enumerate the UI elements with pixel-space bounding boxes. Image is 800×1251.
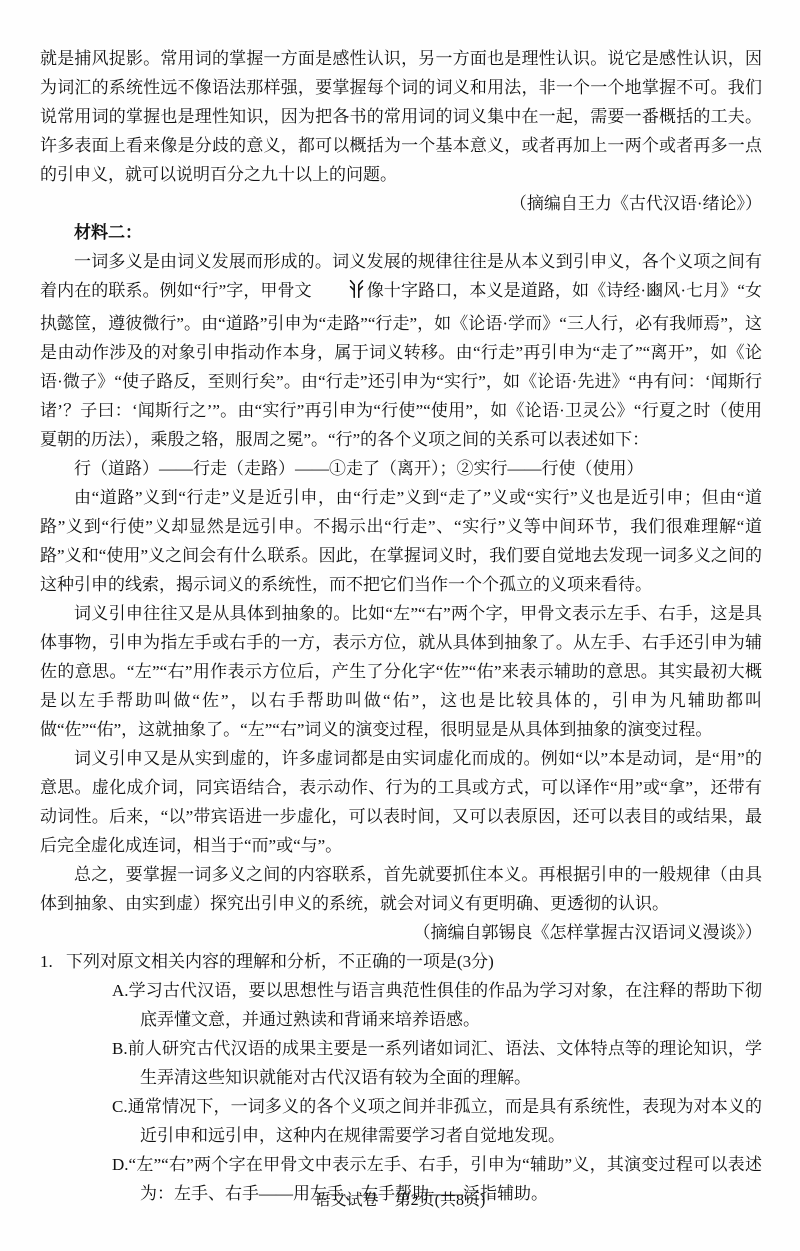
question-1-stem: 1.下列对原文相关内容的理解和分析，不正确的一项是(3分) bbox=[40, 947, 762, 976]
passage-paragraph-concrete-abstract: 词义引申往往又是从具体到抽象的。比如“左”“右”两个字，甲骨文表示左手、右手，这… bbox=[40, 599, 762, 744]
option-b-text: 前人研究古代汉语的成果主要是一系列诸如词汇、语法、文体特点等的理论知识，学生弄清… bbox=[128, 1039, 762, 1087]
option-b-label: B. bbox=[112, 1039, 128, 1058]
question-1-option-a: A.学习古代汉语，要以思想性与语言典范性俱佳的作品为学习对象，在注释的帮助下彻底… bbox=[40, 976, 762, 1034]
passage-paragraph-summary: 总之，要掌握一词多义之间的内容联系，首先就要抓住本义。再根据引申的一般规律（由具… bbox=[40, 860, 762, 918]
option-a-text: 学习古代汉语，要以思想性与语言典范性俱佳的作品为学习对象，在注释的帮助下彻底弄懂… bbox=[129, 981, 762, 1029]
question-1-option-c: C.通常情况下，一词多义的各个义项之间并非孤立，而是具有系统性，表现为对本义的近… bbox=[40, 1092, 762, 1150]
option-c-label: C. bbox=[112, 1097, 128, 1116]
page-footer: 语文试卷 第2页(共8页) bbox=[0, 1186, 800, 1215]
exam-paper-page: 就是捕风捉影。常用词的掌握一方面是感性认识，另一方面也是理性认识。说它是感性认识… bbox=[0, 0, 800, 1251]
question-1-number: 1. bbox=[40, 947, 66, 976]
option-d-label: D. bbox=[112, 1155, 129, 1174]
passage-paragraph-polysemy: 一词多义是由词义发展而形成的。词义发展的规律往往是从本义到引申义，各个义项之间有… bbox=[40, 247, 762, 454]
option-c-text: 通常情况下，一词多义的各个义项之间并非孤立，而是具有系统性，表现为对本义的近引申… bbox=[128, 1097, 762, 1145]
passage-paragraph-near-far-extension: 由“道路”义到“行走”义是近引申，由“行走”义到“走了”义或“实行”义也是近引申… bbox=[40, 483, 762, 599]
option-a-label: A. bbox=[112, 981, 129, 1000]
source-attribution-wangli: （摘编自王力《古代汉语·绪论》） bbox=[40, 189, 762, 218]
passage-paragraph-full-empty: 词义引申又是从实到虚的，许多虚词都是由实词虚化而成的。例如“以”本是动词，是“用… bbox=[40, 744, 762, 860]
passage-paragraph-continuation: 就是捕风捉影。常用词的掌握一方面是感性认识，另一方面也是理性认识。说它是感性认识… bbox=[40, 44, 762, 189]
source-attribution-guoxiliang: （摘编自郭锡良《怎样掌握古汉语词义漫谈》） bbox=[40, 918, 762, 947]
material-two-heading: 材料二： bbox=[40, 218, 762, 247]
oracle-bone-xing-icon bbox=[315, 278, 364, 309]
para2-text-after-glyph: 像十字路口，本义是道路，如《诗经·豳风·七月》“女执懿筐，遵彼微行”。由“道路”… bbox=[40, 281, 762, 449]
question-1-stem-text: 下列对原文相关内容的理解和分析，不正确的一项是(3分) bbox=[66, 952, 494, 971]
meaning-derivation-scheme: 行（道路）——行走（走路）——①走了（离开）；②实行——行使（使用） bbox=[40, 454, 762, 483]
question-1-option-b: B.前人研究古代汉语的成果主要是一系列诸如词汇、语法、文体特点等的理论知识，学生… bbox=[40, 1034, 762, 1092]
